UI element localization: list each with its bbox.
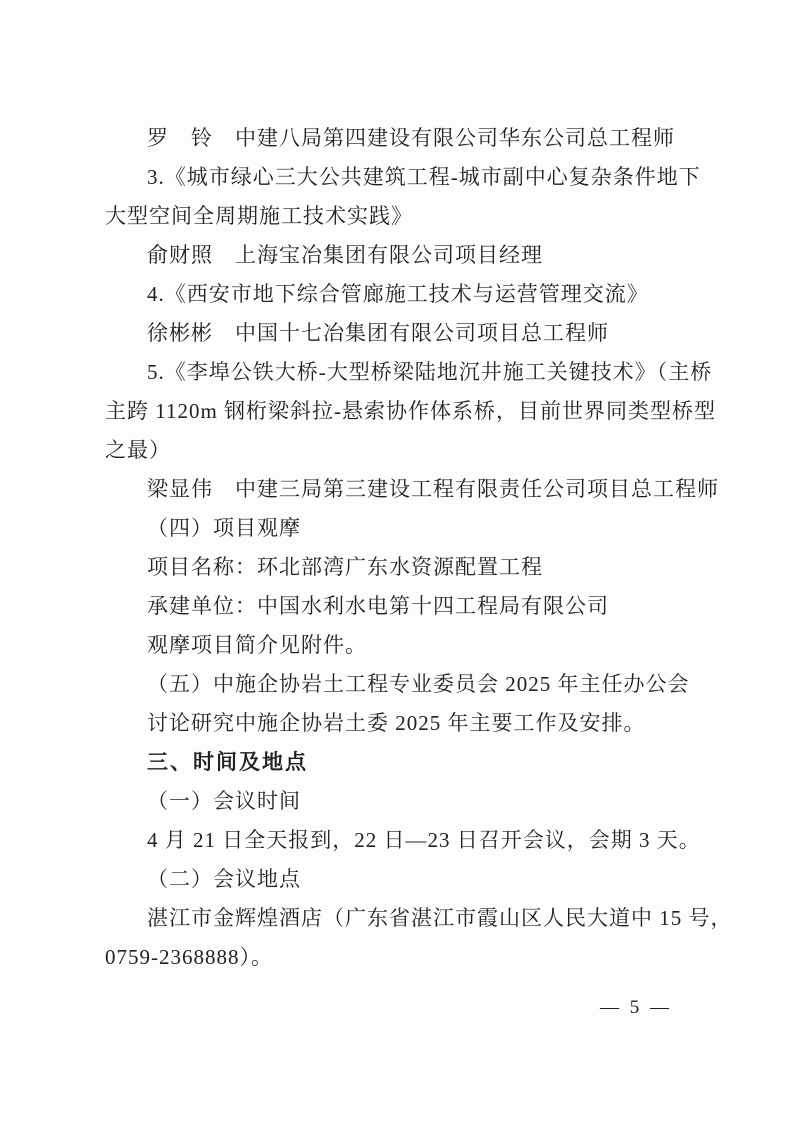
doc-line-topic-5: 5.《李埠公铁大桥-大型桥梁陆地沉井施工关键技术》（主桥 — [105, 353, 700, 392]
doc-line-hotel-address: 湛江市金辉煌酒店（广东省湛江市霞山区人民大道中 15 号， — [105, 899, 700, 938]
doc-line-speaker: 梁显伟 中建三局第三建设工程有限责任公司项目总工程师 — [105, 470, 700, 509]
doc-subheading-meeting-time: （一）会议时间 — [105, 782, 700, 821]
doc-line-speaker: 俞财照 上海宝冶集团有限公司项目经理 — [105, 236, 700, 275]
doc-line-project-name: 项目名称：环北部湾广东水资源配置工程 — [105, 548, 700, 587]
doc-line-topic-4: 4.《西安市地下综合管廊施工技术与运营管理交流》 — [105, 275, 700, 314]
document-body: 罗 铃 中建八局第四建设有限公司华东公司总工程师 3.《城市绿心三大公共建筑工程… — [105, 119, 700, 977]
doc-line-topic-3: 3.《城市绿心三大公共建筑工程-城市副中心复杂条件地下 — [105, 158, 700, 197]
doc-line-hotel-phone: 0759-2368888）。 — [105, 938, 700, 977]
doc-line-speaker: 徐彬彬 中国十七冶集团有限公司项目总工程师 — [105, 314, 700, 353]
doc-subheading-meeting-place: （二）会议地点 — [105, 860, 700, 899]
doc-line-topic-5-end: 之最） — [105, 431, 700, 470]
document-page: 罗 铃 中建八局第四建设有限公司华东公司总工程师 3.《城市绿心三大公共建筑工程… — [0, 0, 800, 1131]
doc-subheading-5: （五）中施企协岩土工程专业委员会 2025 年主任办公会 — [105, 665, 700, 704]
doc-line-contractor: 承建单位：中国水利水电第十四工程局有限公司 — [105, 587, 700, 626]
doc-subheading-4: （四）项目观摩 — [105, 509, 700, 548]
page-number: — 5 — — [600, 997, 672, 1019]
doc-section-heading-time-place: 三、时间及地点 — [105, 743, 700, 782]
doc-line-meeting-dates: 4 月 21 日全天报到，22 日—23 日召开会议，会期 3 天。 — [105, 821, 700, 860]
doc-line-topic-3-cont: 大型空间全周期施工技术实践》 — [105, 197, 700, 236]
doc-line-attachment-note: 观摩项目简介见附件。 — [105, 626, 700, 665]
doc-line-speaker: 罗 铃 中建八局第四建设有限公司华东公司总工程师 — [105, 119, 700, 158]
doc-subheading-5-cont: 讨论研究中施企协岩土委 2025 年主要工作及安排。 — [105, 704, 700, 743]
doc-line-topic-5-cont: 主跨 1120m 钢桁梁斜拉-悬索协作体系桥，目前世界同类型桥型 — [105, 392, 700, 431]
